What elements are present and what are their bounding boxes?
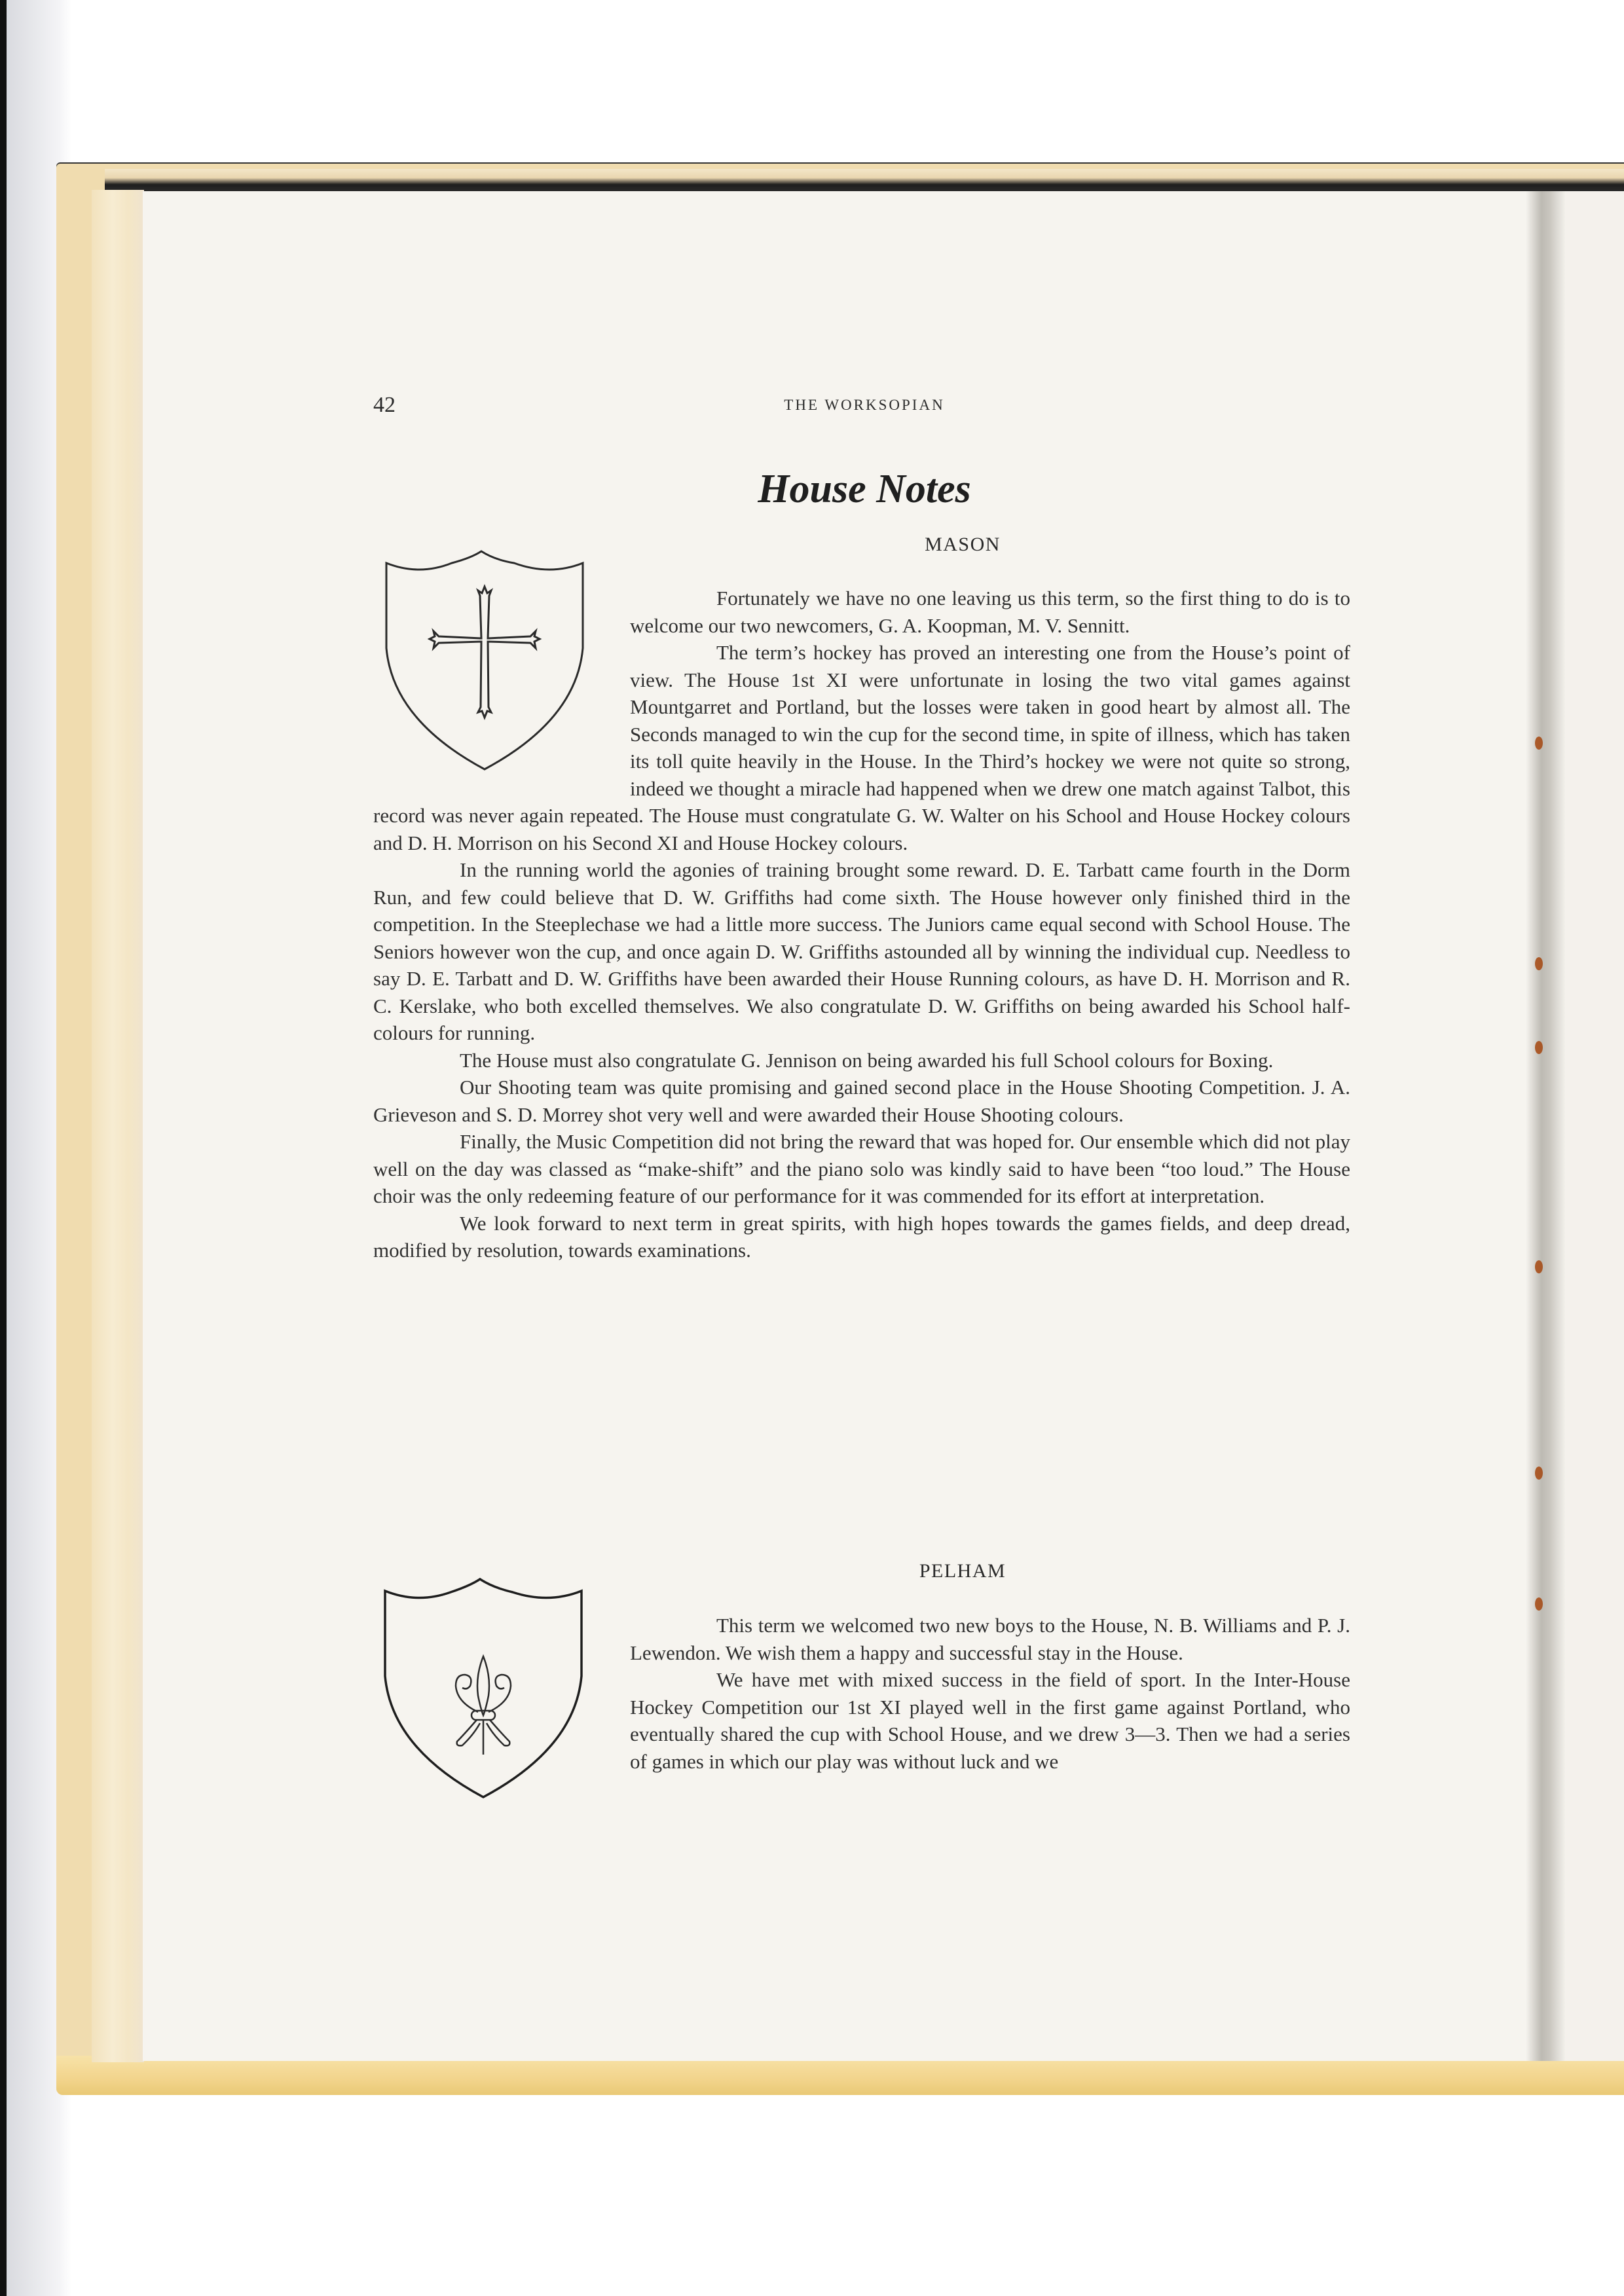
facing-page-edge	[1565, 191, 1624, 2061]
foxing-spot	[1535, 1041, 1543, 1054]
paragraph: We look forward to next term in great sp…	[373, 1210, 1350, 1264]
pelham-article: This term we welcomed two new boys to th…	[373, 1612, 1350, 1834]
mason-article: Fortunately we have no one leaving us th…	[373, 585, 1350, 1264]
foxing-spot	[1535, 737, 1543, 750]
book-gutter	[1526, 191, 1565, 2061]
book-top-edge	[105, 169, 1624, 191]
running-head: 42 THE WORKSOPIAN	[373, 393, 1356, 419]
foxing-spot	[1535, 1260, 1543, 1273]
section-title: House Notes	[373, 466, 1356, 513]
paragraph: In the running world the agonies of trai…	[373, 856, 1350, 1047]
foxing-spot	[1535, 1467, 1543, 1480]
book-bottom-edge	[56, 2056, 1624, 2095]
foxing-spot	[1535, 957, 1543, 970]
foxing-spot	[1535, 1597, 1543, 1611]
scanner-edge	[0, 0, 7, 2296]
paragraph: Finally, the Music Competition did not b…	[373, 1128, 1350, 1210]
journal-title: THE WORKSOPIAN	[373, 397, 1356, 414]
paragraph: The House must also congratulate G. Jenn…	[373, 1047, 1350, 1074]
page-stack-edge	[92, 190, 144, 2062]
paragraph: Our Shooting team was quite promising an…	[373, 1074, 1350, 1128]
